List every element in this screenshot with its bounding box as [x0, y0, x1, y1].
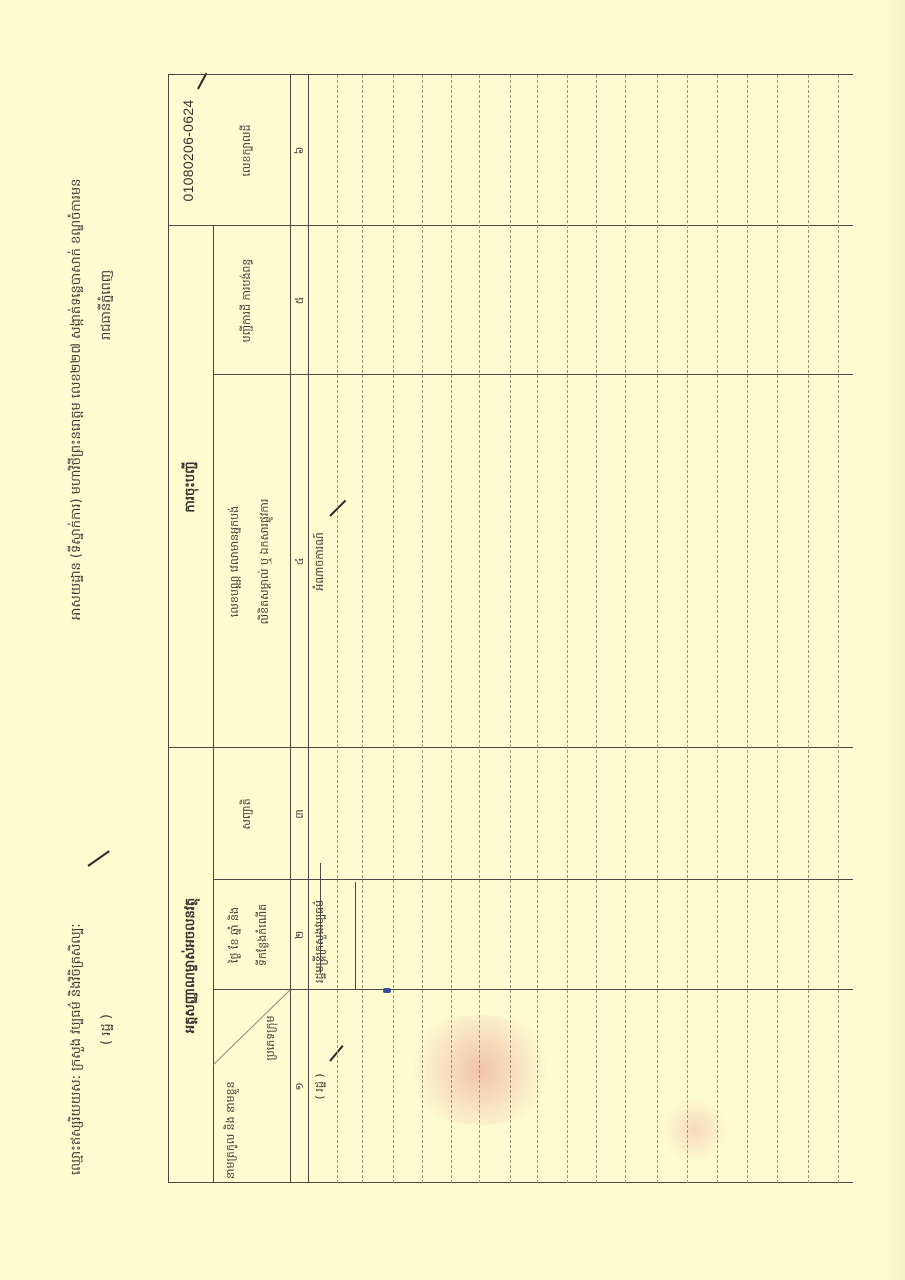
row1-document: អំណាចការណ៍ — [313, 375, 329, 748]
col2-header-top: ថ្ងៃ ខែ ឆ្នាំ និង — [228, 880, 244, 990]
row1-owner: ( រដ្ឋ ) — [313, 990, 329, 1183]
col4-header-top: លេខបណ្ណ វេលាមានអ្នកបង់ — [228, 375, 244, 748]
property-register-table: អត្តសញ្ញាណម្ចាស់អចលនវត្ថុ ការចុះបញ្ជី 01… — [168, 75, 853, 1183]
group-registration: ការចុះបញ្ជី — [182, 226, 201, 748]
group-owner-identity: អត្តសញ្ញាណម្ចាស់អចលនវត្ថុ — [182, 748, 201, 1183]
col6-number: ៦ — [293, 75, 309, 226]
col1-header-bottom: ប្រភេទក្រុម — [264, 993, 280, 1083]
ruled-line — [657, 75, 658, 1183]
col6-header: លេខក្បាលដី — [240, 75, 256, 226]
row1-partial-line — [320, 863, 321, 973]
ruled-line — [567, 75, 568, 1183]
ruled-line — [838, 75, 839, 1183]
blue-ink-mark — [383, 988, 391, 993]
col2-header-bottom: ទីកន្លែងកំណើត — [256, 880, 272, 990]
col3-number: ៣ — [293, 748, 309, 880]
table-top-border — [168, 75, 169, 1183]
address-sub: រាជធានីភ្នំពេញ — [98, 270, 117, 340]
address-line: អាសយដ្ឋាន (ទីស្នាក់ការ) មហាវិថីព្រះនរោត្… — [68, 179, 87, 620]
col-divider-1-2 — [213, 989, 853, 990]
ruled-line — [537, 75, 538, 1183]
col-divider-4-5 — [213, 374, 853, 375]
ruled-line — [337, 75, 338, 1183]
ruled-line — [777, 75, 778, 1183]
subheader-divider — [290, 75, 291, 1183]
col4-header-bottom: លិខិតសម្គាល់ ឬ ឯកសារផ្លូវការ — [258, 375, 274, 748]
ruled-line — [747, 75, 748, 1183]
ruled-line — [362, 75, 363, 1183]
ruled-line — [596, 75, 597, 1183]
check-mark — [87, 850, 109, 867]
row1-nationality: រដ្ឋមន្ត្រីក្រសួងវប្បធម៌ — [313, 753, 329, 983]
red-seal-stamp — [400, 1015, 560, 1125]
col4-number: ៤ — [293, 375, 309, 748]
col3-header: សញ្ជាតិ — [240, 748, 256, 880]
ruled-line — [808, 75, 809, 1183]
owner-name-sub: ( រដ្ឋ ) — [98, 1014, 117, 1045]
row1-underline — [355, 882, 356, 990]
ruled-line — [422, 75, 423, 1183]
ruled-line — [393, 75, 394, 1183]
page-edge-shadow — [887, 0, 905, 1280]
col-divider-2-3 — [213, 879, 853, 880]
owner-name-line: ឈ្មោះឥស្សរិយយស: ក្រសួង វប្បធម៌ និងវិចិត្… — [68, 924, 87, 1175]
col2-number: ២ — [293, 880, 309, 990]
ruled-line — [625, 75, 626, 1183]
ruled-line — [510, 75, 511, 1183]
col1-header-top: នាមត្រកូល និង នាមខ្លួន — [224, 1069, 240, 1179]
col5-number: ៥ — [293, 226, 309, 375]
ruled-line — [687, 75, 688, 1183]
col5-header: បញ្ជីការដី ការបង់ពន្ធ — [240, 226, 256, 375]
ruled-line — [451, 75, 452, 1183]
red-seal-stamp-faint — [660, 1100, 730, 1160]
col1-number: ១ — [293, 990, 309, 1183]
document-id: 01080206-0624 — [180, 75, 196, 226]
ruled-line — [717, 75, 718, 1183]
